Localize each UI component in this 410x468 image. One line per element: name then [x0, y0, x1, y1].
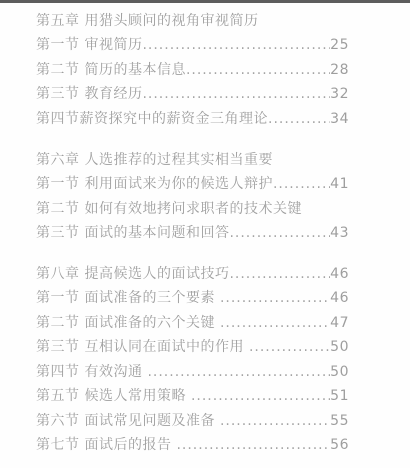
toc-row: 第七节 面试后的报告 .............................… [36, 433, 349, 457]
dot-leader: ........................................… [229, 262, 330, 286]
toc-entry-label: 第五章 用猎头顾问的视角审视简历 [36, 9, 258, 33]
dot-leader: ........................................… [273, 172, 330, 196]
dot-leader: ........................................… [191, 384, 330, 408]
page-number: 55 [330, 409, 349, 433]
toc-row: 第六章 人选推荐的过程其实相当重要 [36, 148, 349, 172]
toc-entry-label: 第二节 面试准备的六个关键 [36, 311, 215, 335]
page-number: 28 [330, 58, 349, 82]
dot-leader: ........................................… [249, 335, 330, 359]
page-number: 41 [330, 172, 349, 196]
toc-entry-label: 第三节 教育经历 [36, 82, 142, 106]
toc-entry-label: 第六章 人选推荐的过程其实相当重要 [36, 148, 273, 172]
toc-entry-label: 第二节 如何有效地拷问求职者的技术关键 [36, 197, 302, 221]
toc-row: 第八章 提高候选人的面试技巧 .........................… [36, 262, 349, 286]
dot-leader: ........................................… [142, 33, 330, 57]
dot-leader: ........................................… [176, 433, 330, 457]
page-number: 50 [330, 335, 349, 359]
dot-leader: ........................................… [142, 82, 330, 106]
page-number: 46 [330, 286, 349, 310]
dot-leader: ........................................… [220, 311, 330, 335]
page-number: 43 [330, 221, 349, 245]
toc-entry-label: 第五节 候选人常用策略 [36, 384, 186, 408]
toc-row: 第一节 利用面试来为你的候选人辩护 ......................… [36, 172, 349, 196]
page-number: 34 [330, 107, 349, 131]
page-number: 56 [330, 433, 349, 457]
dot-leader: ........................................… [229, 221, 330, 245]
toc-list: 第五章 用猎头顾问的视角审视简历 第一节 审视简历 ..............… [36, 9, 349, 457]
toc-row: 第六节 面试常见问题及准备 ..........................… [36, 409, 349, 433]
toc-page: 第五章 用猎头顾问的视角审视简历 第一节 审视简历 ..............… [0, 0, 410, 468]
toc-row: 第五章 用猎头顾问的视角审视简历 [36, 9, 349, 33]
toc-row: 第四节 有效沟通 ...............................… [36, 360, 349, 384]
toc-entry-label: 第二节 简历的基本信息 [36, 58, 186, 82]
toc-row: 第五节 候选人常用策略 ............................… [36, 384, 349, 408]
page-number: 46 [330, 262, 349, 286]
toc-entry-label: 第七节 面试后的报告 [36, 433, 171, 457]
toc-row: 第四节薪资探究中的薪资金三角理论 .......................… [36, 107, 349, 131]
page-number: 25 [330, 33, 349, 57]
top-divider-bar [0, 0, 410, 3]
toc-row: 第三节 教育经历 ...............................… [36, 82, 349, 106]
toc-row: 第二节 简历的基本信息 ............................… [36, 58, 349, 82]
toc-row: 第三节 互相认同在面试中的作用 ........................… [36, 335, 349, 359]
toc-entry-label: 第八章 提高候选人的面试技巧 [36, 262, 229, 286]
toc-row: 第一节 面试准备的三个要素 ..........................… [36, 286, 349, 310]
page-number: 50 [330, 360, 349, 384]
toc-entry-label: 第六节 面试常见问题及准备 [36, 409, 215, 433]
page-number: 32 [330, 82, 349, 106]
dot-leader: ........................................… [186, 58, 330, 82]
toc-entry-label: 第一节 审视简历 [36, 33, 142, 57]
toc-row: 第二节 如何有效地拷问求职者的技术关键 [36, 197, 349, 221]
toc-entry-label: 第四节 有效沟通 [36, 360, 142, 384]
dot-leader: ........................................… [220, 286, 330, 310]
toc-entry-label: 第三节 互相认同在面试中的作用 [36, 335, 244, 359]
toc-row: 第一节 审视简历 ...............................… [36, 33, 349, 57]
dot-leader: ........................................… [268, 107, 330, 131]
toc-entry-label: 第一节 面试准备的三个要素 [36, 286, 215, 310]
page-number: 51 [330, 384, 349, 408]
toc-entry-label: 第四节薪资探究中的薪资金三角理论 [36, 107, 268, 131]
toc-row: 第二节 面试准备的六个关键 ..........................… [36, 311, 349, 335]
dot-leader: ........................................… [147, 360, 330, 384]
page-number: 47 [330, 311, 349, 335]
dot-leader: ........................................… [220, 409, 330, 433]
toc-entry-label: 第一节 利用面试来为你的候选人辩护 [36, 172, 273, 196]
toc-row: 第三节 面试的基本问题和回答 .........................… [36, 221, 349, 245]
toc-entry-label: 第三节 面试的基本问题和回答 [36, 221, 229, 245]
